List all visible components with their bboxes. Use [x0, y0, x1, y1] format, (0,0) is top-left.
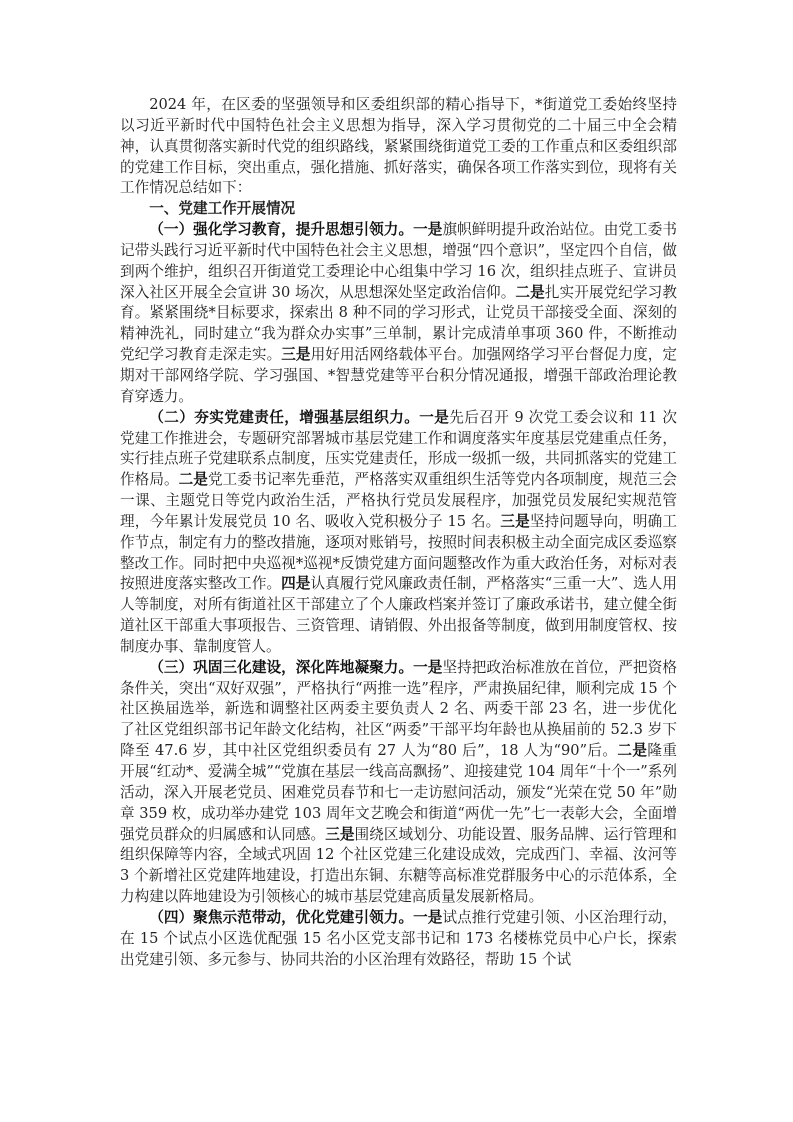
point-lead: 一是: [413, 909, 442, 926]
subsection-2-heading: （二）夯实党建责任，增强基层组织力。: [149, 409, 419, 426]
point-lead: 三是: [500, 513, 529, 530]
document-page: 2024 年，在区委的坚强领导和区委组织部的精心指导下，*街道党工委始终坚持以习…: [120, 95, 677, 970]
point-lead: 三是: [325, 826, 354, 843]
point-lead: 一是: [419, 409, 449, 426]
subsection-4-heading: （四）聚焦示范带动，优化党建引领力。: [149, 909, 413, 926]
point-lead: 二是: [617, 742, 647, 759]
subsection-1-heading: （一）强化学习教育，提升思想引领力。: [149, 221, 413, 238]
point-lead: 一是: [413, 659, 442, 676]
point-lead: 四是: [281, 575, 310, 592]
subsection-2-paragraph: （二）夯实党建责任，增强基层组织力。一是先后召开 9 次党工委会议和 11 次党…: [120, 408, 677, 658]
point-lead: 一是: [413, 221, 442, 238]
subsection-3-heading: （三）巩固三化建设，深化阵地凝聚力。: [149, 659, 413, 676]
point-lead: 二是: [179, 471, 208, 488]
section-heading-1: 一、党建工作开展情况: [120, 199, 677, 220]
point-lead: 二是: [515, 284, 544, 301]
subsection-1-paragraph: （一）强化学习教育，提升思想引领力。一是旗帜鲜明提升政治站位。由党工委书记带头践…: [120, 220, 677, 408]
subsection-4-paragraph: （四）聚焦示范带动，优化党建引领力。一是试点推行党建引领、小区治理行动，在 15…: [120, 908, 677, 971]
subsection-3-paragraph: （三）巩固三化建设，深化阵地凝聚力。一是坚持把政治标准放在首位，严把资格条件关，…: [120, 658, 677, 908]
intro-paragraph: 2024 年，在区委的坚强领导和区委组织部的精心指导下，*街道党工委始终坚持以习…: [120, 95, 677, 199]
point-lead: 三是: [281, 346, 310, 363]
